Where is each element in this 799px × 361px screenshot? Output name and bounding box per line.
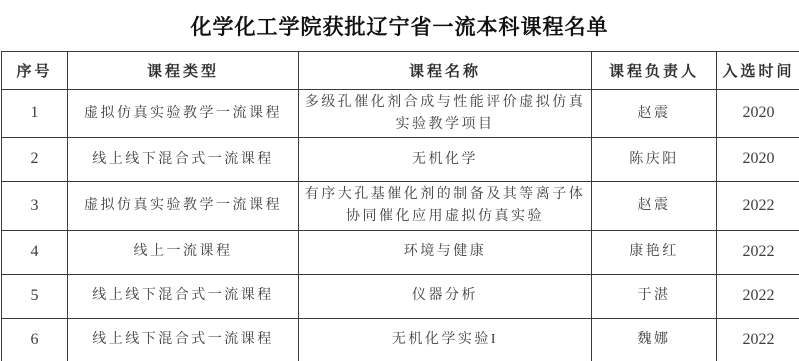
table-row: 3 虚拟仿真实验教学一流课程 有序大孔基催化剂的制备及其等离子体协同催化应用虚拟…: [2, 182, 799, 230]
cell-course-leader: 魏娜: [592, 318, 717, 361]
col-header-course-name: 课程名称: [299, 52, 592, 90]
cell-course-type: 线上一流课程: [68, 230, 299, 274]
cell-index: 5: [2, 274, 68, 318]
cell-course-name: 环境与健康: [299, 230, 592, 274]
cell-course-type: 线上线下混合式一流课程: [68, 274, 299, 318]
col-header-selection-year: 入选时间: [717, 52, 799, 90]
cell-index: 6: [2, 318, 68, 361]
table-row: 2 线上线下混合式一流课程 无机化学 陈庆阳 2020: [2, 138, 799, 182]
cell-index: 4: [2, 230, 68, 274]
col-header-course-leader: 课程负责人: [592, 52, 717, 90]
header-row: 序号 课程类型 课程名称 课程负责人 入选时间: [2, 52, 799, 90]
cell-course-name: 无机化学: [299, 138, 592, 182]
cell-course-leader: 康艳红: [592, 230, 717, 274]
cell-course-type: 线上线下混合式一流课程: [68, 138, 299, 182]
cell-course-name: 有序大孔基催化剂的制备及其等离子体协同催化应用虚拟仿真实验: [299, 182, 592, 230]
table-row: 4 线上一流课程 环境与健康 康艳红 2022: [2, 230, 799, 274]
cell-course-leader: 赵震: [592, 182, 717, 230]
cell-course-leader: 陈庆阳: [592, 138, 717, 182]
document-page: 化学化工学院获批辽宁省一流本科课程名单 序号 课程类型 课程名称 课程负责人 入…: [0, 0, 799, 361]
cell-selection-year: 2022: [717, 274, 799, 318]
cell-course-leader: 赵震: [592, 90, 717, 138]
cell-selection-year: 2020: [717, 138, 799, 182]
table-row: 6 线上线下混合式一流课程 无机化学实验I 魏娜 2022: [2, 318, 799, 361]
cell-course-name: 无机化学实验I: [299, 318, 592, 361]
cell-selection-year: 2022: [717, 318, 799, 361]
page-title: 化学化工学院获批辽宁省一流本科课程名单: [0, 0, 799, 51]
cell-selection-year: 2020: [717, 90, 799, 138]
cell-course-name: 多级孔催化剂合成与性能评价虚拟仿真实验教学项目: [299, 90, 592, 138]
cell-course-type: 线上线下混合式一流课程: [68, 318, 299, 361]
cell-index: 1: [2, 90, 68, 138]
table-row: 1 虚拟仿真实验教学一流课程 多级孔催化剂合成与性能评价虚拟仿真实验教学项目 赵…: [2, 90, 799, 138]
cell-course-type: 虚拟仿真实验教学一流课程: [68, 90, 299, 138]
course-table: 序号 课程类型 课程名称 课程负责人 入选时间 1 虚拟仿真实验教学一流课程 多…: [1, 51, 799, 361]
cell-index: 2: [2, 138, 68, 182]
cell-course-type: 虚拟仿真实验教学一流课程: [68, 182, 299, 230]
cell-index: 3: [2, 182, 68, 230]
cell-course-name: 仪器分析: [299, 274, 592, 318]
col-header-index: 序号: [2, 52, 68, 90]
col-header-course-type: 课程类型: [68, 52, 299, 90]
cell-course-leader: 于湛: [592, 274, 717, 318]
table-row: 5 线上线下混合式一流课程 仪器分析 于湛 2022: [2, 274, 799, 318]
cell-selection-year: 2022: [717, 182, 799, 230]
cell-selection-year: 2022: [717, 230, 799, 274]
